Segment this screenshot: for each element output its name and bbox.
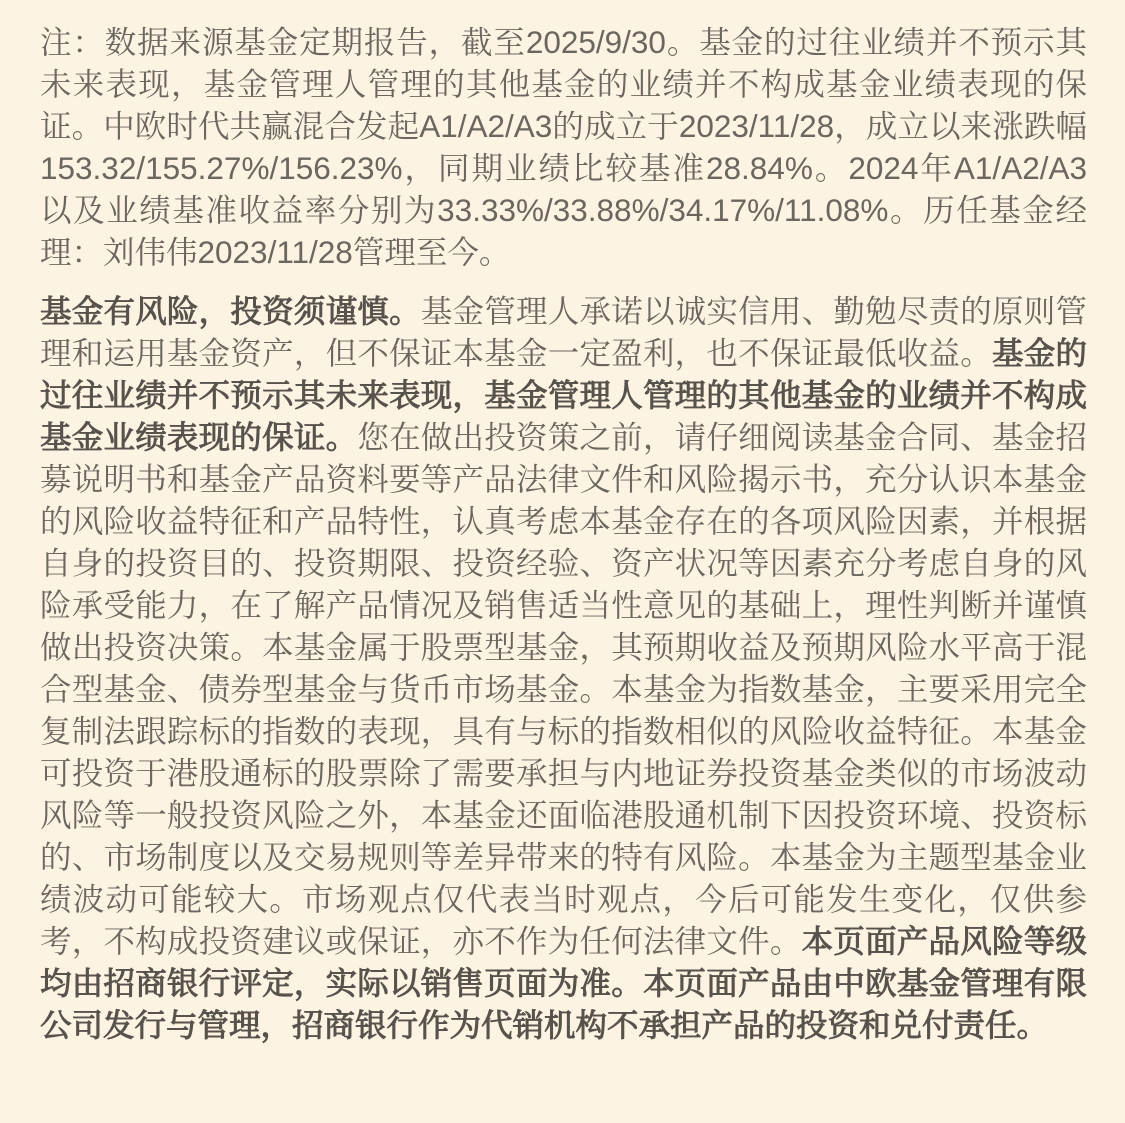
fund-disclaimer-page: 注：数据来源基金定期报告，截至2025/9/30。基金的过往业绩并不预示其未来表…	[0, 0, 1125, 1123]
risk-paragraph: 基金有风险，投资须谨慎。基金管理人承诺以诚实信用、勤勉尽责的原则管理和运用基金资…	[40, 290, 1087, 1046]
risk-warning-bold-text: 基金有风险，投资须谨慎。	[40, 293, 421, 329]
note-paragraph: 注：数据来源基金定期报告，截至2025/9/30。基金的过往业绩并不预示其未来表…	[40, 21, 1087, 273]
risk-detail-text: 您在做出投资策之前，请仔细阅读基金合同、基金招募说明书和基金产品资料要等产品法律…	[40, 419, 1087, 959]
note-text: 注：数据来源基金定期报告，截至2025/9/30。基金的过往业绩并不预示其未来表…	[40, 24, 1087, 270]
